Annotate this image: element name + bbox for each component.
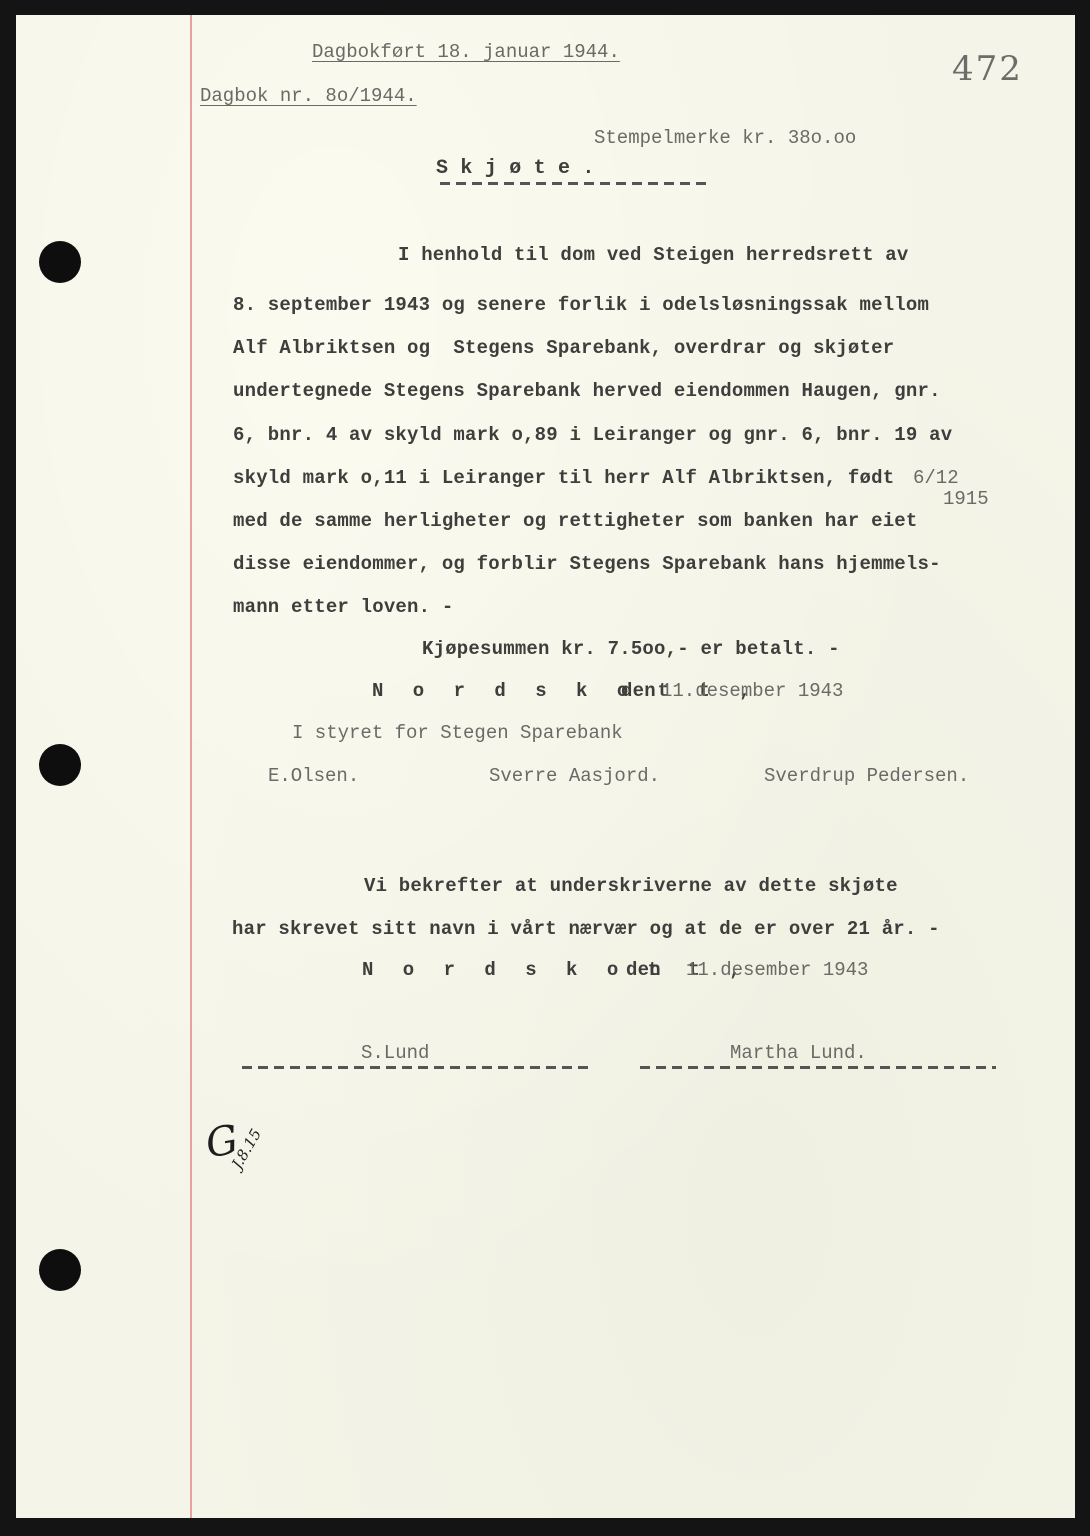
body-line: undertegnede Stegens Sparebank herved ei…	[233, 380, 941, 402]
punch-hole	[39, 241, 81, 283]
witness-signature: Martha Lund.	[730, 1042, 867, 1064]
board-line: I styret for Stegen Sparebank	[292, 722, 623, 744]
witness-line: har skrevet sitt navn i vårt nærvær og a…	[232, 918, 940, 940]
birth-day-month: 6/12	[913, 467, 959, 489]
page-number: 472	[952, 49, 1023, 89]
signature-name: Sverre Aasjord.	[489, 765, 660, 787]
body-line: I henhold til dom ved Steigen herredsret…	[398, 244, 908, 266]
document-title: S k j ø t e .	[436, 157, 595, 180]
body-line: med de samme herligheter og rettigheter …	[233, 510, 918, 532]
birth-year: 1915	[943, 488, 989, 510]
body-line: Alf Albriktsen og Stegens Sparebank, ove…	[233, 337, 894, 359]
date: 11.desember 1943	[661, 680, 843, 702]
den-label: den	[621, 680, 656, 702]
margin-line	[190, 15, 192, 1518]
payment-statement: Kjøpesummen kr. 7.5oo,- er betalt. -	[422, 638, 840, 660]
signature-name: Sverdrup Pedersen.	[764, 765, 969, 787]
signature-line	[242, 1066, 594, 1069]
document-page: Dagbokført 18. januar 1944. Dagbok nr. 8…	[16, 15, 1075, 1518]
punch-hole	[39, 1249, 81, 1291]
witness-signature: S.Lund	[361, 1042, 429, 1064]
stamp-duty: Stempelmerke kr. 38o.oo	[594, 127, 856, 149]
witness-line: Vi bekrefter at underskriverne av dette …	[364, 875, 898, 897]
body-line: 6, bnr. 4 av skyld mark o,89 i Leiranger…	[233, 424, 952, 446]
punch-hole	[39, 744, 81, 786]
date: 11.desember 1943	[686, 959, 868, 981]
body-line: skyld mark o,11 i Leiranger til herr Alf…	[233, 467, 894, 489]
signature-line	[640, 1066, 996, 1069]
body-line: mann etter loven. -	[233, 596, 453, 618]
title-underline	[440, 182, 708, 185]
body-line: disse eiendommer, og forblir Stegens Spa…	[233, 553, 941, 575]
signature-name: E.Olsen.	[268, 765, 359, 787]
body-line: 8. september 1943 og senere forlik i ode…	[233, 294, 929, 316]
journal-number: Dagbok nr. 8o/1944.	[200, 85, 417, 107]
registered-date: Dagbokført 18. januar 1944.	[312, 41, 620, 63]
den-label: den	[626, 959, 661, 981]
